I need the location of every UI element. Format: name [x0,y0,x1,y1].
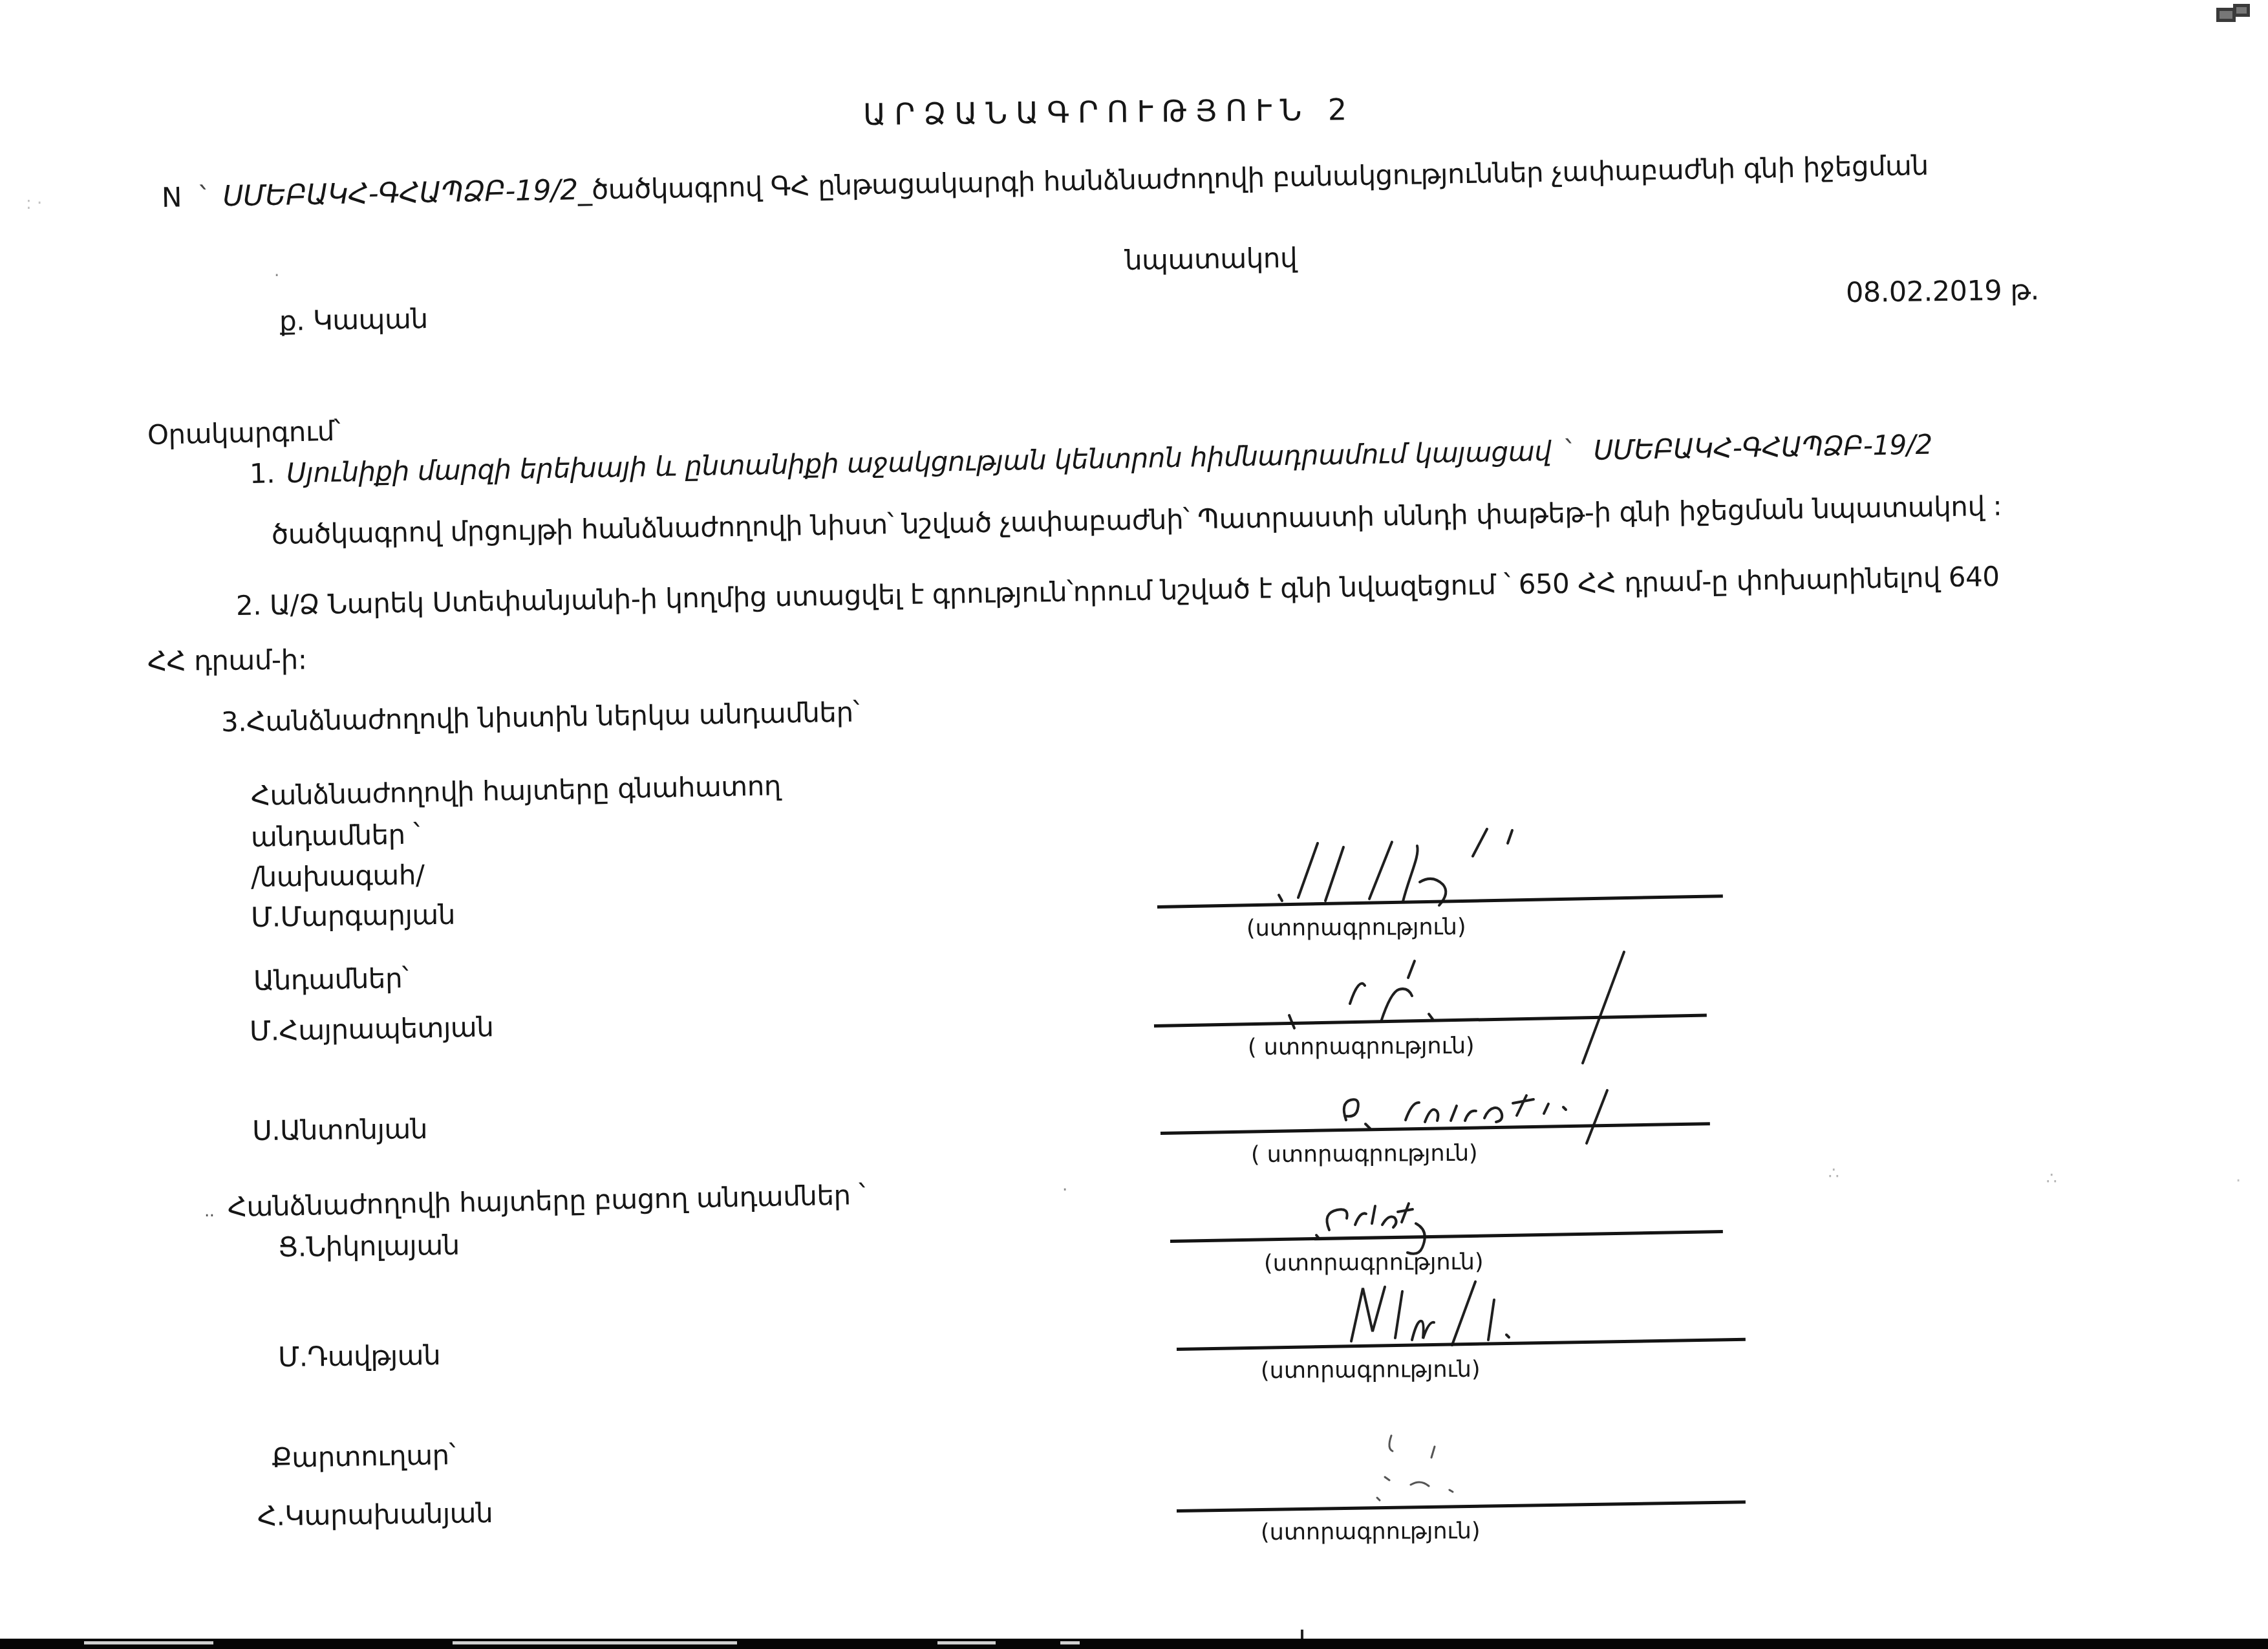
document-title: ԱՐՁԱՆԱԳՐՈՒԹՅՈՒՆ 2 [863,92,1356,132]
chairman-role: /նախագահ/ [251,859,425,893]
item-1-code: ՍՄԵԲԱԿՀ-ԳՀԱՊՁԲ-19/2 [1593,429,1932,466]
item-1-number: 1. [250,457,275,490]
item-1-text: Սյունիքի մարզի երեխայի և ընտանիքի աջակցո… [286,435,1552,489]
agenda-item-1: 1.Սյունիքի մարզի երեխայի և ընտանիքի աջակ… [250,429,1933,490]
signer-name-antonyan: Ս.Անտոնյան [252,1113,427,1147]
subject-text: ծածկագրով ԳՀ ընթացակարգի հանձնաժողովի բա… [592,149,1929,206]
secretary-role: Քարտուղար՝ [272,1439,456,1474]
scan-speck: · [274,266,279,286]
document-city: ք. Կապան [279,303,428,337]
scan-bottom-bar-artifact [0,1639,2268,1649]
signature-scrawl-3 [1325,1058,1629,1148]
procurement-code: ՍՄԵԲԱԿՀ-ԳՀԱՊՁԲ-19/2_ [222,173,592,213]
signature-label-5: (ստորագրություն) [1261,1357,1481,1384]
agenda-item-2-line2: ՀՀ դրամ-ի: [147,643,307,677]
scan-corner-artifact-icon [2216,4,2250,26]
document-date: 08.02.2019 թ. [1846,274,2039,309]
scan-bar-gap [84,1641,213,1644]
scan-speck: · [2236,1172,2241,1191]
scan-bar-gap [453,1641,737,1644]
agenda-item-1-line2: ծածկագրով մրցույթի հանձնաժողովի նիստ՝ նշ… [272,490,2002,550]
evaluating-members-role-line2: անդամներ ՝ [251,818,420,853]
agenda-item-2: 2. Ա/Ձ Նարեկ Ստեփանյանի-ի կողմից ստացվել… [236,561,2000,621]
reg-mark: ՝ [199,181,206,213]
agenda-heading: Օրակարգում՝ [147,415,340,451]
signer-name-karakhanyan: Հ.Կարախանյան [257,1497,493,1532]
signature-scrawl-1 [1267,816,1565,910]
signature-scrawl-4 [1306,1183,1500,1258]
signer-name-margaryan: Մ.Մարգարյան [251,899,456,933]
scan-bar-gap [1060,1641,1080,1644]
agenda-item-3: 3.Հանձնաժողովի նիստին ներկա անդամներ՝ [221,696,860,737]
scan-speck: ∴ [2046,1169,2057,1189]
signature-label-3: ( ստորագրություն) [1251,1141,1478,1168]
item-1-mark: ՝ [1565,435,1572,466]
subject-tail: նպատակով [1125,242,1298,276]
signature-label-2: ( ստորագրություն) [1248,1033,1475,1061]
scan-speck-dots: .. [204,1202,215,1221]
subject-line: N՝ՍՄԵԲԱԿՀ-ԳՀԱՊՁԲ-19/2_ծածկագրով ԳՀ ընթաց… [162,149,1929,214]
scan-speck: · [1062,1181,1067,1200]
scan-tick-artifact [1301,1630,1303,1639]
opening-members-role: Հանձնաժողովի հայտերը բացող անդամներ ՝ [228,1179,866,1223]
scan-bar-gap [937,1641,996,1644]
signer-name-davtyan: Մ.Դավթյան [278,1339,441,1373]
scan-speck: : · [26,194,42,213]
scan-speck: ∴ [1828,1164,1839,1183]
reg-number-label: N [162,181,182,213]
members-heading: Անդամներ՝ [253,962,409,997]
signature-label-6: (ստորագրություն) [1261,1518,1481,1546]
signature-scrawl-6 [1351,1417,1500,1511]
evaluating-members-role-line1: Հանձնաժողովի հայտերը գնահատող [251,770,782,812]
signer-name-hayrapetyan: Մ.Հայրապետյան [250,1011,494,1047]
signer-name-nikolayan: Ց.Նիկոլայան [278,1229,460,1263]
scanned-protocol-page: ԱՐՁԱՆԱԳՐՈՒԹՅՈՒՆ 2 N՝ՍՄԵԲԱԿՀ-ԳՀԱՊՁԲ-19/2_… [0,0,2268,1649]
